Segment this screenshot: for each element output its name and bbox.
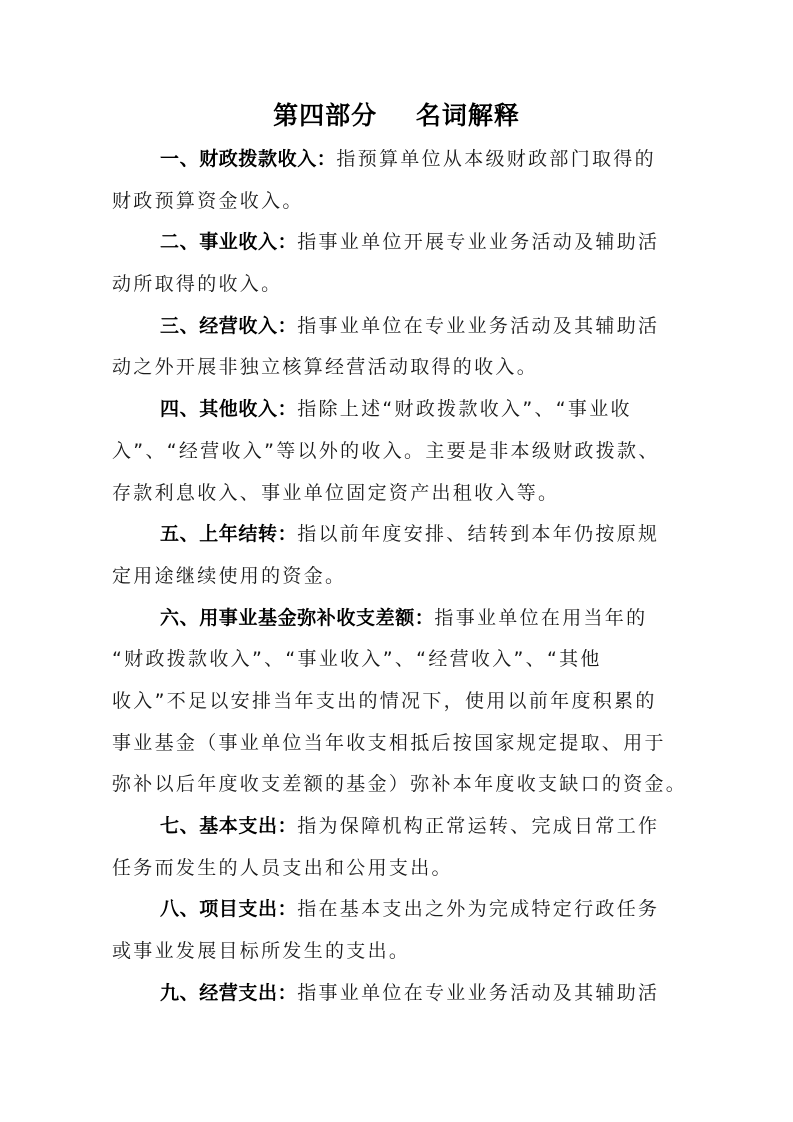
definition-line: 动之外开展非独立核算经营活动取得的收入。 <box>112 347 712 389</box>
definition-line: 收入”不足以安排当年支出的情况下，使用以前年度积累的 <box>112 681 712 723</box>
glossary-term: 六、用事业基金弥补收支差额： <box>160 607 434 629</box>
definition-text: 指事业单位在专业业务活动及其辅助活 <box>297 982 659 1004</box>
glossary-term: 四、其他收入： <box>160 398 297 420</box>
glossary-entry-4: 四、其他收入：指除上述“财政拨款收入”、“事业收 入”、“经营收入”等以外的收入… <box>112 389 712 514</box>
entry-first-line: 七、基本支出：指为保障机构正常运转、完成日常工作 <box>112 806 712 848</box>
definition-line: 事业基金（事业单位当年收支相抵后按国家规定提取、用于 <box>112 723 712 765</box>
entry-first-line: 一、财政拨款收入：指预算单位从本级财政部门取得的 <box>112 139 712 181</box>
definition-text: 指为保障机构正常运转、完成日常工作 <box>297 815 659 837</box>
glossary-term: 一、财政拨款收入： <box>160 148 336 170</box>
glossary-entry-3: 三、经营收入：指事业单位在专业业务活动及其辅助活 动之外开展非独立核算经营活动取… <box>112 306 712 389</box>
entry-first-line: 三、经营收入：指事业单位在专业业务活动及其辅助活 <box>112 306 712 348</box>
entry-first-line: 四、其他收入：指除上述“财政拨款收入”、“事业收 <box>112 389 712 431</box>
entry-first-line: 八、项目支出：指在基本支出之外为完成特定行政任务 <box>112 889 712 931</box>
glossary-entry-1: 一、财政拨款收入：指预算单位从本级财政部门取得的 财政预算资金收入。 <box>112 139 712 222</box>
definition-text: 指以前年度安排、结转到本年仍按原规 <box>297 523 659 545</box>
definition-line: 定用途继续使用的资金。 <box>112 556 712 598</box>
entry-first-line: 五、上年结转：指以前年度安排、结转到本年仍按原规 <box>112 514 712 556</box>
definition-text: 指事业单位在用当年的 <box>434 607 647 629</box>
document-page: 第四部分 名词解释 一、财政拨款收入：指预算单位从本级财政部门取得的 财政预算资… <box>0 0 793 1122</box>
glossary-entry-8: 八、项目支出：指在基本支出之外为完成特定行政任务 或事业发展目标所发生的支出。 <box>112 889 712 972</box>
entry-first-line: 六、用事业基金弥补收支差额：指事业单位在用当年的 <box>112 598 712 640</box>
glossary-term: 二、事业收入： <box>160 231 297 253</box>
definition-line: 或事业发展目标所发生的支出。 <box>112 931 712 973</box>
definition-text: 指在基本支出之外为完成特定行政任务 <box>297 898 659 920</box>
glossary-body: 一、财政拨款收入：指预算单位从本级财政部门取得的 财政预算资金收入。 二、事业收… <box>112 139 712 1014</box>
glossary-term: 九、经营支出： <box>160 982 297 1004</box>
entry-first-line: 九、经营支出：指事业单位在专业业务活动及其辅助活 <box>112 973 712 1015</box>
glossary-entry-6: 六、用事业基金弥补收支差额：指事业单位在用当年的 “财政拨款收入”、“事业收入”… <box>112 598 712 806</box>
definition-text: 指事业单位开展专业业务活动及辅助活 <box>297 231 659 253</box>
definition-line: 动所取得的收入。 <box>112 264 712 306</box>
definition-line: 存款利息收入、事业单位固定资产出租收入等。 <box>112 473 712 515</box>
glossary-term: 三、经营收入： <box>160 315 297 337</box>
definition-text: 指除上述“财政拨款收入”、“事业收 <box>297 398 632 420</box>
definition-line: “财政拨款收入”、“事业收入”、“经营收入”、“其他 <box>112 639 712 681</box>
entry-first-line: 二、事业收入：指事业单位开展专业业务活动及辅助活 <box>112 222 712 264</box>
definition-text: 指事业单位在专业业务活动及其辅助活 <box>297 315 659 337</box>
glossary-entry-7: 七、基本支出：指为保障机构正常运转、完成日常工作 任务而发生的人员支出和公用支出… <box>112 806 712 889</box>
page-title: 第四部分 名词解释 <box>0 99 793 133</box>
definition-text: 指预算单位从本级财政部门取得的 <box>336 148 656 170</box>
glossary-entry-2: 二、事业收入：指事业单位开展专业业务活动及辅助活 动所取得的收入。 <box>112 222 712 305</box>
definition-line: 财政预算资金收入。 <box>112 181 712 223</box>
glossary-term: 八、项目支出： <box>160 898 297 920</box>
definition-line: 入”、“经营收入”等以外的收入。主要是非本级财政拨款、 <box>112 431 712 473</box>
glossary-term: 五、上年结转： <box>160 523 297 545</box>
definition-line: 弥补以后年度收支差额的基金）弥补本年度收支缺口的资金。 <box>112 764 712 806</box>
glossary-term: 七、基本支出： <box>160 815 297 837</box>
glossary-entry-5: 五、上年结转：指以前年度安排、结转到本年仍按原规 定用途继续使用的资金。 <box>112 514 712 597</box>
glossary-entry-9: 九、经营支出：指事业单位在专业业务活动及其辅助活 <box>112 973 712 1015</box>
definition-line: 任务而发生的人员支出和公用支出。 <box>112 848 712 890</box>
